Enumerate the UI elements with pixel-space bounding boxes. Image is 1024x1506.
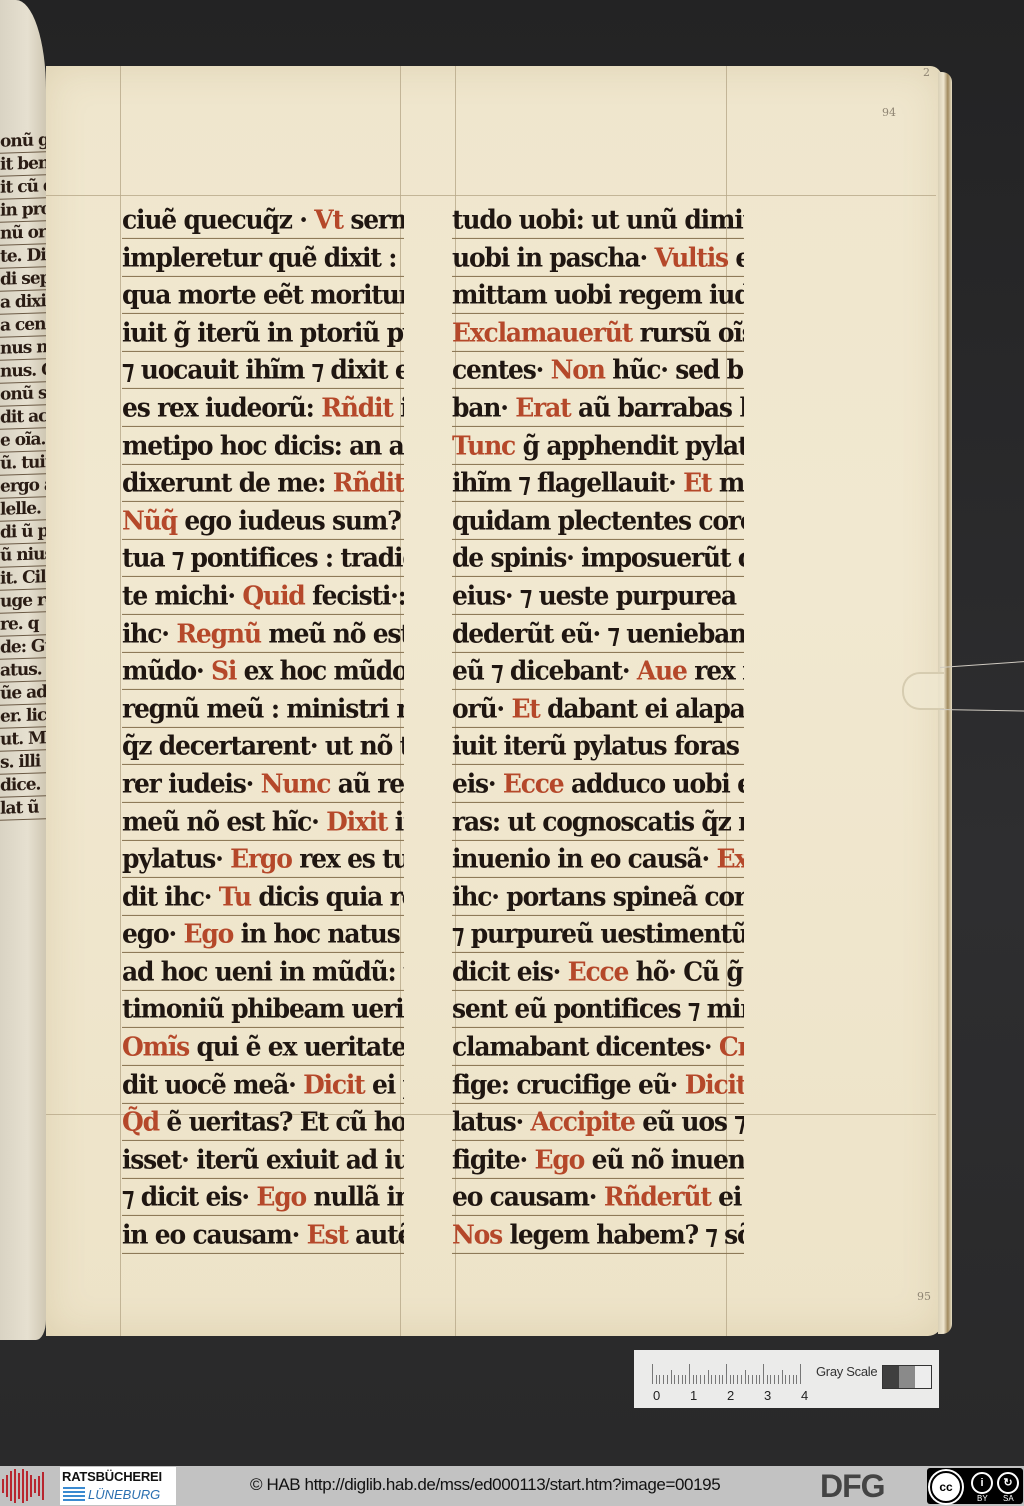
manuscript-line: dit uocẽ meã· Dicit ei pylat? xyxy=(122,1064,404,1103)
ruler-tick xyxy=(674,1375,675,1384)
cc-icon: cc xyxy=(930,1471,962,1503)
rubric-initial: Regnũ xyxy=(176,618,261,648)
left-page-line: ũ. tuit xyxy=(0,451,46,476)
manuscript-line: dederũt eũ· ⁊ ueniebant ad xyxy=(452,613,744,652)
line-text: quidam plectentes coronã xyxy=(452,505,744,535)
ruler-tick xyxy=(678,1375,679,1384)
rubric-initial: Nunc xyxy=(261,768,331,798)
rubric-initial: Rñdit xyxy=(321,392,392,422)
manuscript-line: Nũq̃ ego iudeus sum? Gens xyxy=(122,500,404,539)
gray-scale-label: Gray Scale xyxy=(816,1364,877,1379)
ruler-tick xyxy=(793,1375,794,1384)
line-text: rex es tu: Rñ xyxy=(292,843,404,873)
page-tab-loop xyxy=(902,672,944,710)
line-text: ẽ ueritas? Et cũ hoc dix xyxy=(159,1107,404,1137)
line-text: hõ· Cũ g̃ uidis xyxy=(628,956,744,986)
line-text: ex hoc mũdo eẽt xyxy=(236,655,404,685)
ruling-line xyxy=(46,195,936,196)
ruler-tick xyxy=(667,1375,668,1384)
ruler-tick xyxy=(671,1370,672,1384)
line-text: centes· xyxy=(452,355,551,385)
ruler-tick xyxy=(767,1375,768,1384)
gray-swatch-cell xyxy=(915,1366,931,1388)
left-page-line: lelle. pa xyxy=(0,497,46,522)
line-text: qua morte eẽt moritur? xyxy=(122,279,404,309)
ruler-tick xyxy=(741,1375,742,1384)
manuscript-line: sent eũ pontifices ⁊ ministri: xyxy=(452,989,744,1028)
cc-license-badge[interactable]: cc i ↻ BY SA xyxy=(927,1468,1023,1504)
manuscript-line: Omĩs qui ẽ ex ueritate: au xyxy=(122,1026,404,1065)
line-text: ihc· portans spineã coronã: xyxy=(452,881,744,911)
manuscript-line: ⁊ uocauit ihĩm ⁊ dixit ei· Tu xyxy=(122,349,404,388)
line-text: itaq̃z ei xyxy=(387,806,404,836)
line-text: ego· xyxy=(122,919,183,949)
copyright-link[interactable]: © HAB http://diglib.hab.de/mss/ed000113/… xyxy=(250,1475,720,1495)
rubric-initial: Rñderũt xyxy=(604,1182,711,1212)
rubric-initial: Est xyxy=(307,1219,348,1249)
line-text: ihĩm ⁊ flagellauit· xyxy=(452,467,683,497)
ruler-tick xyxy=(722,1375,723,1384)
manuscript-line: in eo causam· Est autẽ ɔsue xyxy=(122,1214,404,1253)
line-text: te michi· xyxy=(122,580,242,610)
left-facing-page: onũ gradieit bene. dioit cũ duoin prouid… xyxy=(0,0,46,1340)
left-page-line: atus. ma xyxy=(0,658,46,683)
line-text: ciuẽ quecuq̃z · xyxy=(122,204,314,234)
manuscript-line: ban· Erat aũ barrabas lat? xyxy=(452,387,744,426)
line-text: timoniũ phibeam ueritati· xyxy=(122,994,404,1024)
ruler-tick xyxy=(800,1364,801,1384)
manuscript-line: q̃z decertarent· ut nõ trade xyxy=(122,725,404,764)
ruler-tick xyxy=(752,1375,753,1384)
ruler-tick xyxy=(789,1375,790,1384)
manuscript-line: ad hoc ueni in mũdũ: ut tes xyxy=(122,951,404,990)
line-text: uobi in pascha· xyxy=(452,242,654,272)
rubric-initial: Vt xyxy=(314,204,343,234)
manuscript-line: iuit g̃ iterũ in ptoriũ pylatus: xyxy=(122,312,404,351)
rubric-initial: Dixit xyxy=(326,806,387,836)
manuscript-line: latus· Accipite eũ uos ⁊ cruci xyxy=(452,1101,744,1140)
manuscript-line: centes· Non hũc· sed barra xyxy=(452,349,744,388)
ruler-tick xyxy=(700,1375,701,1384)
manuscript-line: clamabant dicentes· Cruci xyxy=(452,1026,744,1065)
library-logo-icon xyxy=(2,1469,48,1503)
left-page-line: dit acei xyxy=(0,405,46,430)
line-text: ⁊ dicit eis· xyxy=(122,1182,256,1212)
left-page-line: it. Ciluu xyxy=(0,566,46,591)
left-page-line: it cũ duo xyxy=(0,175,46,200)
manuscript-line: fige: crucifige eũ· Dicit eis py xyxy=(452,1064,744,1103)
line-text: hũc· sed barra xyxy=(605,355,744,385)
ruler-tick xyxy=(719,1375,720,1384)
line-text: meũ nõ est de hoc xyxy=(261,618,404,648)
left-page-line: ũe ad xyxy=(0,681,46,706)
ruler-tick xyxy=(726,1364,727,1384)
ruler-tick xyxy=(682,1375,683,1384)
line-text: sermo ihesu xyxy=(343,204,404,234)
line-text: regnũ meũ : ministri mei uti xyxy=(122,693,404,723)
text-column-right: tudo uobi: ut unũ dimittã uobi in pascha… xyxy=(452,200,744,1253)
line-text: qui ẽ ex ueritate: au xyxy=(189,1031,404,1061)
ruler-tick xyxy=(733,1375,734,1384)
line-text: iuit g̃ iterũ in ptoriũ pylatus: xyxy=(122,317,404,347)
line-text: dederũt eũ· ⁊ ueniebant ad xyxy=(452,618,744,648)
manuscript-line: de spinis· imposuerũt capiti xyxy=(452,537,744,576)
ruler-tick xyxy=(796,1375,797,1384)
line-text: fecisti·: Rñdit xyxy=(305,580,404,610)
rubric-initial: Dicit xyxy=(685,1069,744,1099)
line-text: ego iudeus sum? Gens xyxy=(177,505,404,535)
left-page-line: di ũ ptu xyxy=(0,520,46,545)
color-scale-card: 0 1 2 3 4 Gray Scale xyxy=(634,1350,939,1408)
line-text: pylatus· xyxy=(122,843,230,873)
manuscript-line: dixerunt de me: Rñdit pylat? xyxy=(122,462,404,501)
rubric-initial: Exijt xyxy=(717,843,744,873)
left-page-line: de: Gu xyxy=(0,635,46,660)
rubric-initial: Ecce xyxy=(568,956,629,986)
ruler-tick xyxy=(708,1370,709,1384)
line-text: ergo di xyxy=(728,242,744,272)
rubric-initial: Cruci xyxy=(719,1031,744,1061)
line-text: de spinis· imposuerũt capiti xyxy=(452,543,744,573)
manuscript-line: impleretur quẽ dixit : sigĩficãs xyxy=(122,237,404,276)
manuscript-line: qua morte eẽt moritur? Int xyxy=(122,274,404,313)
text-column-left: ciuẽ quecuq̃z · Vt sermo ihesuimpleretur… xyxy=(122,200,404,1253)
manuscript-line: figite· Ego eũ nõ inuenio in xyxy=(452,1139,744,1178)
gray-swatch-cell xyxy=(883,1366,899,1388)
manuscript-line: timoniũ phibeam ueritati· xyxy=(122,989,404,1028)
left-page-line: onũ gradie xyxy=(0,129,46,154)
line-text: eũ nõ inuenio in xyxy=(584,1144,744,1174)
rubric-initial: Tunc xyxy=(452,430,515,460)
line-text: rursũ oĩs di xyxy=(632,317,744,347)
line-text: mũdo· xyxy=(122,655,211,685)
line-text: sent eũ pontifices ⁊ ministri: xyxy=(452,994,744,1024)
ruler-tick xyxy=(756,1375,757,1384)
rubric-initial: Erat xyxy=(515,392,570,422)
manuscript-line: ciuẽ quecuq̃z · Vt sermo ihesu xyxy=(122,199,404,238)
left-page-line: te. Dixit xyxy=(0,244,46,269)
line-text: dit uocẽ meã· xyxy=(122,1069,303,1099)
waves-icon xyxy=(63,1487,85,1503)
line-text: dabant ei alapas· Ex xyxy=(540,693,744,723)
rubric-initial: Accipite xyxy=(531,1107,635,1137)
manuscript-line: mittam uobi regem iudeorũ: xyxy=(452,274,744,313)
line-text: impleretur quẽ dixit : sigĩficãs xyxy=(122,242,404,272)
scale-number: 3 xyxy=(764,1388,771,1403)
line-text: ei pylat? xyxy=(365,1069,404,1099)
left-page-line: lat ũ xyxy=(0,796,46,821)
line-text: mittam uobi regem iudeorũ: xyxy=(452,279,744,309)
left-page-line: in prouid xyxy=(0,198,46,223)
ruler-tick xyxy=(689,1364,690,1384)
line-text: in eo causam· xyxy=(122,1219,307,1249)
ruler-tick xyxy=(770,1375,771,1384)
line-text: eũ ⁊ dicebant· xyxy=(452,655,637,685)
line-text: ras: ut cognoscatis q̃z nullã xyxy=(452,806,744,836)
line-text: legem habem? ⁊ sc̃dm xyxy=(502,1219,744,1249)
ruler-tick xyxy=(711,1375,712,1384)
left-page-line: s. illi xyxy=(0,750,46,775)
manuscript-line: iuit iterũ pylatus foras ⁊ dixit xyxy=(452,725,744,764)
ruler-tick xyxy=(737,1375,738,1384)
line-text: inuenio in eo causã· xyxy=(452,843,717,873)
manuscript-line: eius· ⁊ ueste purpurea circũ xyxy=(452,575,744,614)
library-city: LÜNEBURG xyxy=(88,1487,160,1502)
ruler-tick xyxy=(730,1375,731,1384)
manuscript-line: pylatus· Ergo rex es tu: Rñ xyxy=(122,838,404,877)
rubric-initial: Dicit xyxy=(303,1069,364,1099)
manuscript-line: mũdo· Si ex hoc mũdo eẽt xyxy=(122,650,404,689)
left-page-line: it bene. dio xyxy=(0,152,46,177)
line-text: dicit eis· xyxy=(452,956,568,986)
gray-scale-swatch xyxy=(882,1365,932,1389)
rubric-initial: Non xyxy=(551,355,605,385)
line-text: dit ihc· xyxy=(122,881,219,911)
line-text: iuit iterũ pylatus foras ⁊ dixit xyxy=(452,731,744,761)
ruler-tick xyxy=(663,1375,664,1384)
ruler-tick xyxy=(759,1375,760,1384)
left-page-line: dice. Eq xyxy=(0,773,46,798)
manuscript-line: eis· Ecce adduco uobi eũ fo xyxy=(452,763,744,802)
scale-number: 2 xyxy=(727,1388,734,1403)
line-text: eius· ⁊ ueste purpurea circũ xyxy=(452,580,744,610)
rubric-initial: Rñdit xyxy=(333,467,404,497)
rubric-initial: Tu xyxy=(219,881,251,911)
rubric-initial: Nũq̃ xyxy=(122,505,177,535)
manuscript-line: metipo hoc dicis: an alij tibi xyxy=(122,425,404,464)
line-text: eis· xyxy=(452,768,503,798)
ruler-tick xyxy=(748,1375,749,1384)
pencil-folio-bottom: 95 xyxy=(917,1290,931,1303)
rubric-initial: Ego xyxy=(256,1182,306,1212)
rubric-initial: Nos xyxy=(452,1219,502,1249)
manuscript-line: tua ⁊ pontifices : tradiderũt xyxy=(122,537,404,576)
manuscript-line: dit ihc· Tu dicis quia rex sũ xyxy=(122,876,404,915)
manuscript-line: ihĩm ⁊ flagellauit· Et milites xyxy=(452,462,744,501)
left-page-line: onũ sciu xyxy=(0,382,46,407)
left-page-line: nus. Gut xyxy=(0,359,46,384)
line-text: nullã inuenio xyxy=(306,1182,404,1212)
rubric-initial: Si xyxy=(211,655,236,685)
manuscript-line: te michi· Quid fecisti·: Rñdit xyxy=(122,575,404,614)
left-page-line: ergo ad xyxy=(0,474,46,499)
line-text: metipo hoc dicis: an alij tibi xyxy=(122,430,404,460)
left-page-line: a cennis xyxy=(0,313,46,338)
line-text: tudo uobi: ut unũ dimittã xyxy=(452,204,744,234)
line-text: latus· xyxy=(452,1107,531,1137)
line-text: adduco uobi eũ fo xyxy=(564,768,745,798)
manuscript-line: ⁊ purpureũ uestimentũ· Et xyxy=(452,913,744,952)
rubric-initial: Et xyxy=(511,693,539,723)
manuscript-line: isset· iterũ exiuit ad iudeos xyxy=(122,1139,404,1178)
folio-number: 2 xyxy=(923,66,930,79)
library-logo[interactable]: RATSBÜCHEREI LÜNEBURG xyxy=(60,1467,176,1505)
scale-number: 0 xyxy=(653,1388,660,1403)
manuscript-line: rer iudeis· Nunc aũ regnũ xyxy=(122,763,404,802)
left-page-line: ut. Mo xyxy=(0,727,46,752)
left-page-line: re. q xyxy=(0,612,46,637)
left-page-line: a dixit. Mul xyxy=(0,290,46,315)
line-text: dicis quia rex sũ xyxy=(251,881,404,911)
manuscript-line: dicit eis· Ecce hõ· Cũ g̃ uidis xyxy=(452,951,744,990)
manuscript-line: inuenio in eo causã· Exijt g̃ xyxy=(452,838,744,877)
rubric-initial: Exclamauerũt xyxy=(452,317,632,347)
ruler-tick xyxy=(785,1375,786,1384)
left-page-line: ũ nius xyxy=(0,543,46,568)
ruler-tick xyxy=(782,1370,783,1384)
ruling-line xyxy=(120,66,121,1336)
line-text: ei iudei· xyxy=(711,1182,744,1212)
line-text: ad hoc ueni in mũdũ: ut tes xyxy=(122,956,404,986)
line-text: rer iudeis· xyxy=(122,768,261,798)
ruler-tick xyxy=(685,1375,686,1384)
line-text: figite· xyxy=(452,1144,535,1174)
rubric-initial: Q̃d xyxy=(122,1107,159,1137)
ruler-tick xyxy=(763,1364,764,1384)
left-page-text: onũ gradieit bene. dioit cũ duoin prouid… xyxy=(0,130,46,820)
gray-swatch-cell xyxy=(899,1366,915,1388)
library-name: RATSBÜCHEREI xyxy=(62,1469,162,1484)
scale-number: 1 xyxy=(690,1388,697,1403)
line-text: rex iude xyxy=(687,655,744,685)
manuscript-line: ⁊ dicit eis· Ego nullã inuenio xyxy=(122,1176,404,1215)
ruler-tick xyxy=(715,1375,716,1384)
rubric-initial: Ergo xyxy=(230,843,292,873)
line-text: ihc· xyxy=(122,618,176,648)
manuscript-line: tudo uobi: ut unũ dimittã xyxy=(452,199,744,238)
ruler-tick xyxy=(704,1375,705,1384)
rubric-initial: Vultis xyxy=(654,242,727,272)
manuscript-line: Tunc g̃ apphendit pylatus xyxy=(452,425,744,464)
manuscript-line: Nos legem habem? ⁊ sc̃dm xyxy=(452,1214,744,1253)
line-text: dixerunt de me: xyxy=(122,467,333,497)
ruler-tick xyxy=(656,1375,657,1384)
manuscript-line: Exclamauerũt rursũ oĩs di xyxy=(452,312,744,351)
license-by: BY xyxy=(977,1494,988,1503)
rubric-initial: Quid xyxy=(242,580,304,610)
dfg-logo[interactable]: DFG xyxy=(820,1469,885,1503)
pencil-folio: 94 xyxy=(882,106,896,119)
left-page-line: di sepulch xyxy=(0,267,46,292)
line-text: es rex iudeorũ: xyxy=(122,392,321,422)
share-alike-icon: ↻ xyxy=(997,1472,1019,1494)
manuscript-line: regnũ meũ : ministri mei uti xyxy=(122,688,404,727)
rubric-initial: Ego xyxy=(535,1144,585,1174)
manuscript-line: meũ nõ est hĩc· Dixit itaq̃z ei xyxy=(122,801,404,840)
line-text: milites xyxy=(711,467,744,497)
left-page-line: e oĩa. f xyxy=(0,428,46,453)
rubric-initial: Omĩs xyxy=(122,1031,189,1061)
ruler-tick xyxy=(745,1370,746,1384)
line-text: ihc· Ate xyxy=(393,392,404,422)
line-text: isset· iterũ exiuit ad iudeos xyxy=(122,1144,404,1174)
line-text: in hoc natus sũ· et xyxy=(233,919,404,949)
left-page-line: nus nc sch xyxy=(0,336,46,361)
manuscript-line: eũ ⁊ dicebant· Aue rex iude xyxy=(452,650,744,689)
manuscript-line: Q̃d ẽ ueritas? Et cũ hoc dix xyxy=(122,1101,404,1140)
line-text: q̃z decertarent· ut nõ trade xyxy=(122,731,404,761)
line-text: meũ nõ est hĩc· xyxy=(122,806,326,836)
ruler-tick xyxy=(693,1375,694,1384)
ruler xyxy=(652,1364,802,1384)
line-text: eũ uos ⁊ cruci xyxy=(635,1107,744,1137)
line-text: ⁊ uocauit ihĩm ⁊ dixit ei· xyxy=(122,355,404,385)
rubric-initial: Aue xyxy=(637,655,687,685)
manuscript-line: es rex iudeorũ: Rñdit ihc· Ate xyxy=(122,387,404,426)
rubric-initial: Et xyxy=(683,467,711,497)
manuscript-line: quidam plectentes coronã xyxy=(452,500,744,539)
line-text: ⁊ purpureũ uestimentũ· xyxy=(452,919,744,949)
manuscript-line: ihc· portans spineã coronã: xyxy=(452,876,744,915)
line-text: clamabant dicentes· xyxy=(452,1031,719,1061)
ruler-tick xyxy=(774,1375,775,1384)
manuscript-line: ras: ut cognoscatis q̃z nullã xyxy=(452,801,744,840)
left-page-line: nũ ormis xyxy=(0,221,46,246)
rubric-initial: Ecce xyxy=(503,768,564,798)
manuscript-line: ego· Ego in hoc natus sũ· et xyxy=(122,913,404,952)
line-text: ban· xyxy=(452,392,515,422)
license-sa: SA xyxy=(1003,1494,1014,1503)
line-text: aũ barrabas lat? xyxy=(570,392,744,422)
left-page-line: er. lic xyxy=(0,704,46,729)
manuscript-line: ihc· Regnũ meũ nõ est de hoc xyxy=(122,613,404,652)
attribution-icon: i xyxy=(971,1472,993,1494)
manuscript-line: uobi in pascha· Vultis ergo di xyxy=(452,237,744,276)
line-text: autẽ ɔsue xyxy=(348,1219,404,1249)
line-text: g̃ apphendit pylatus xyxy=(515,430,744,460)
ruler-tick xyxy=(696,1375,697,1384)
line-text: tua ⁊ pontifices : tradiderũt xyxy=(122,543,404,573)
ruler-tick xyxy=(778,1375,779,1384)
line-text: eo causam· xyxy=(452,1182,604,1212)
ruler-tick xyxy=(652,1364,653,1384)
line-text: aũ regnũ xyxy=(330,768,404,798)
left-page-line: uge re xyxy=(0,589,46,614)
rubric-initial: Ego xyxy=(183,919,233,949)
scale-number: 4 xyxy=(801,1388,808,1403)
manuscript-line: orũ· Et dabant ei alapas· Ex xyxy=(452,688,744,727)
ruler-tick xyxy=(659,1375,660,1384)
manuscript-line: eo causam· Rñderũt ei iudei· xyxy=(452,1176,744,1215)
footer-bar: RATSBÜCHEREI LÜNEBURG © HAB http://digli… xyxy=(0,1466,1024,1506)
line-text: orũ· xyxy=(452,693,511,723)
line-text: fige: crucifige eũ· xyxy=(452,1069,685,1099)
